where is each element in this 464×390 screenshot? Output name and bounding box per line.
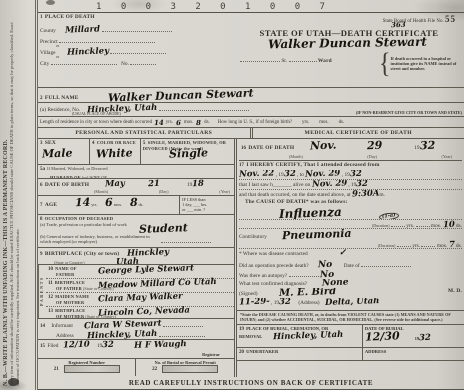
attended-to-year: 32	[350, 170, 362, 179]
dob-month-value: May	[104, 180, 124, 189]
race-value: White	[96, 147, 133, 159]
caption-day: (Day)	[367, 154, 377, 159]
birthplace-cell: 9 BIRTHPLACE (City or town) Hinckley (St…	[38, 248, 234, 264]
where-contracted-line: * Where was disease contracted ✓ if not …	[239, 249, 462, 260]
medical-column: 16 DATE OF DEATH Nov. 29 1932 (Month) (D…	[234, 139, 464, 377]
us-ds-unit: ds.	[339, 120, 345, 125]
autopsy-value: No	[320, 271, 335, 279]
field-number: 11	[48, 281, 53, 286]
field-undertaker: 20 UNDERTAKER	[237, 348, 362, 360]
parents-group: PARENTS 10 NAME OF FATHER George Lyle St…	[38, 265, 234, 319]
operation-date-label: Date of	[344, 263, 360, 269]
spouse-label-3: (or) WIFE OF	[82, 175, 107, 178]
duration-line-2: (Duration) yrs. mos. 7 ds.	[239, 240, 462, 249]
death-year-value: 32	[419, 140, 435, 152]
physician-signature: M. E. Bird	[279, 288, 336, 298]
field-occupation: 8 OCCUPATION OF DECEASED (a) Trade, prof…	[38, 215, 234, 248]
ds-unit: ds.	[204, 120, 210, 125]
burial-date-value: 12/30	[365, 330, 400, 342]
village-value: Hinckley	[67, 47, 109, 57]
race-label: COLOR OR RACE	[97, 140, 136, 145]
death-time-line: and that death occurred, on the date sta…	[239, 190, 462, 199]
field-undertaker-address: ADDRESS	[362, 348, 464, 360]
signed-label: (Signed)	[239, 291, 258, 297]
last-saw-label: that I last saw h_______ alive on	[239, 182, 310, 188]
street-blank	[240, 55, 280, 62]
ward-label: Ward	[318, 58, 332, 64]
medical-section-header: MEDICAL CERTIFICATE OF DEATH	[250, 128, 464, 138]
field-number: 21	[54, 367, 59, 372]
field-mother-maiden-name: 12 MAIDEN NAME OF MOTHER Clara May Walke…	[46, 293, 234, 307]
sex-label: SEX	[45, 140, 56, 146]
dob-day-value: 21	[148, 180, 160, 189]
caption-month: (Month)	[94, 189, 108, 194]
nonresident-note: (IF NON-RESIDENT GIVE CITY OR TOWN AND S…	[356, 110, 462, 115]
spouse-label-1: If Married, Widowed, or Divorced	[47, 166, 107, 171]
scan-artifact	[46, 0, 55, 5]
death-occurred-label: and that death occurred, on the date sta…	[239, 192, 351, 198]
where-contracted-mark: ✓	[339, 249, 346, 258]
meridiem-label: m.	[379, 192, 385, 198]
signature-year-prefix: , 19	[271, 300, 279, 306]
mother-bp-label-1: BIRTHPLACE	[55, 308, 85, 313]
cause-footnote: *State the DISEASE CAUSING DEATH, or, in…	[237, 310, 464, 324]
full-name-cell: 2 FULL NAME Walker Duncan Stewart	[38, 89, 256, 102]
caption-year: (Year)	[441, 154, 452, 159]
village-line: or Village Hinckley	[40, 47, 232, 58]
spouse-label-2: HUSBAND OF	[50, 175, 81, 178]
undertaker-label: UNDERTAKER	[246, 349, 278, 354]
cause-of-death-line: Influenza (1-a)	[239, 207, 462, 220]
where-contracted-label-1: * Where was disease contracted	[239, 251, 308, 257]
mos-unit: mos.	[114, 202, 122, 207]
dob-captions: (Month) (Day) (Year)	[94, 189, 230, 194]
cause-of-death-value: Influenza	[279, 207, 342, 220]
md-label: M. D.	[448, 288, 462, 294]
attended-from-date: Nov. 22	[239, 170, 274, 179]
burial-place-value: Hinckley, Utah	[273, 330, 343, 341]
ink-smudge	[8, 378, 19, 386]
precinct-blank	[59, 36, 155, 43]
signature-year: 32	[279, 298, 291, 307]
full-name-value: Walker Duncan Stewart	[108, 89, 254, 102]
field-number: 9	[40, 252, 43, 257]
left-margin-note: N. B.—WRITE PLAINLY WITH UNFADING INK—TH…	[0, 0, 38, 390]
field-burial-permit-number: No. of Burial or Removal Permit 22	[135, 359, 233, 376]
last-saw-date: Nov. 29	[311, 180, 347, 189]
filed-cell: 15 Filed 12/10 1932 H F Waugh Registrar	[38, 340, 234, 358]
test-label: What test confirmed diagnosis?	[239, 281, 307, 287]
serial-stamp-row: 1 0 0 3 2 0 1 0 0 7 1 0 0 3 2 0 1 0 0 7	[38, 0, 464, 13]
row-sex-race-marital: 3 SEX Male 4 COLOR OR RACE White 5 SINGL…	[38, 139, 234, 165]
field-length-of-residence: Length of residence in city or town wher…	[38, 117, 464, 128]
us-yrs-unit: yrs.	[302, 120, 309, 125]
street-label: St.	[281, 58, 287, 64]
mos-unit: mos.	[184, 120, 193, 125]
field-birthplace: 9 BIRTHPLACE (City or town) Hinckley (St…	[38, 248, 234, 265]
city-blank	[51, 58, 117, 65]
field-filed: 15 Filed 12/10 1932 H F Waugh Registrar	[38, 340, 234, 359]
dob-year-value: 18	[192, 180, 204, 189]
to-label: , to	[297, 172, 304, 178]
residence-cell: (a) Residence, No. Hinckley, Utah (USUAL…	[38, 103, 464, 116]
yrs-unit: yrs.	[91, 202, 97, 207]
ward-blank	[289, 55, 317, 62]
county-value: Millard	[65, 25, 100, 35]
spouse-blank	[108, 172, 168, 178]
mother-name-value: Clara May Walker	[98, 293, 183, 304]
precinct-line: Precinct	[40, 36, 232, 47]
birthplace-sub-label: (State or Country)	[54, 260, 84, 265]
field-spouse: 5a If Married, Widowed, or Divorced HUSB…	[38, 165, 234, 179]
occupation-c-blank	[83, 244, 193, 247]
father-bp-label-2: OF FATHER	[56, 286, 82, 291]
village-blank	[110, 47, 166, 54]
hospital-note: { If death occurred in a hospital or ins…	[379, 51, 463, 78]
certify-line-1: 17 I HEREBY CERTIFY, That I attended dec…	[239, 162, 462, 170]
field-number: 19	[239, 327, 244, 332]
age-label: AGE	[45, 202, 57, 208]
less-note-3: or ___ min. ?	[182, 207, 205, 212]
field-place-of-burial: 19 PLACE OF BURIAL, CREMATION, OR REMOVA…	[237, 325, 362, 347]
filed-year-value: 32	[102, 341, 114, 350]
certify-line-dates: Nov. 22 , 1932 , to Nov. 29 , 1932	[239, 170, 462, 180]
age-if-less-note: IF LESS than 1 day, ___ hrs. or ___ min.…	[179, 196, 234, 214]
duration-blank	[421, 240, 435, 247]
death-certificate-scan: N. B.—WRITE PLAINLY WITH UNFADING INK—TH…	[0, 0, 464, 390]
field-color-or-race: 4 COLOR OR RACE White	[89, 139, 140, 164]
father-label-1: NAME OF	[55, 266, 77, 271]
decedent-name-header-handwriting: Walker Duncan Stewart	[268, 36, 427, 51]
father-label-2: FATHER	[56, 272, 74, 277]
field-number: 10	[48, 267, 53, 272]
duration-2-days-value: 7	[448, 241, 454, 249]
age-months-value: 6	[105, 197, 113, 208]
mother-label-2: OF MOTHER	[56, 300, 84, 305]
undertaker-address-label: ADDRESS	[365, 349, 386, 354]
informant-blank	[163, 320, 203, 327]
registered-number-stamp-box	[64, 365, 120, 373]
occupation-cell: 8 OCCUPATION OF DECEASED (a) Trade, prof…	[38, 215, 234, 247]
residence-blank	[159, 104, 249, 111]
dob-cell: 6 DATE OF BIRTH May 21 1918 (Month) (Day…	[38, 179, 234, 195]
street-ward-line: St. Ward	[240, 55, 332, 64]
hospital-note-text: If death occurred in a hospital or insti…	[391, 57, 463, 72]
from-year-prefix: , 19	[276, 172, 284, 178]
field-number: 1	[40, 15, 43, 20]
city-line: or City No.	[40, 58, 232, 69]
death-day-value: 29	[367, 140, 383, 152]
field-number: 13	[48, 309, 53, 314]
row-burial: 19 PLACE OF BURIAL, CREMATION, OR REMOVA…	[237, 324, 464, 348]
last-saw-year: 32	[356, 180, 368, 189]
ds-unit: ds.	[139, 202, 144, 207]
certificate-form: 1 0 0 3 2 0 1 0 0 7 1 0 0 3 2 0 1 0 0 7 …	[38, 0, 464, 390]
birthplace-label: BIRTHPLACE (City or town)	[45, 251, 119, 257]
full-name-label: FULL NAME	[45, 95, 79, 101]
curly-brace: {	[379, 48, 391, 80]
contributory-value: Pneumonia	[282, 229, 352, 240]
caption-year: (Year)	[219, 189, 230, 194]
parents-rows: 10 NAME OF FATHER George Lyle Stewart 11…	[46, 265, 234, 318]
mother-label-1: MAIDEN NAME	[55, 294, 89, 299]
field-number: 5a	[40, 167, 45, 172]
informant-address-blank	[159, 330, 205, 337]
footer-instruction: READ CAREFULLY INSTRUCTIONS ON BACK OF C…	[38, 377, 464, 390]
filed-date-value: 12/10	[63, 341, 90, 350]
field-informant: 14 Informant Clara W Stewart Address Hin…	[38, 319, 234, 340]
serial-stamp: 1 0 0 3 2 0 1 0 0 7	[96, 2, 332, 12]
age-years-value: 14	[74, 197, 90, 209]
field-sex: 3 SEX Male	[38, 139, 89, 164]
mother-birthplace-value: Lincoln Co, Nevada	[98, 306, 190, 318]
field-certification: 17 I HEREBY CERTIFY, That I attended dec…	[239, 161, 462, 308]
header-right: State Board of Health File No. 55 363 ST…	[234, 13, 464, 87]
to-year-prefix: , 19	[342, 172, 350, 178]
death-time-value: 9:30A	[352, 190, 380, 199]
field-number: 4	[92, 141, 95, 146]
cause-of-death-label: The CAUSE OF DEATH* was as follows:	[245, 199, 348, 205]
test-line: What test confirmed diagnosis? None	[239, 279, 462, 288]
informant-address-label: Address	[56, 333, 74, 339]
field-full-name: 2 FULL NAME Walker Duncan Stewart	[38, 88, 464, 103]
field-place-of-death: 1 PLACE OF DEATH County Millard Precinct…	[38, 13, 234, 87]
registrar-label: Registrar	[202, 352, 220, 357]
informant-cell: 14 Informant Clara W Stewart Address Hin…	[38, 319, 234, 339]
age-cell: 7 AGE 14 yrs. 6 mos. 8 ds.	[38, 196, 179, 214]
file-number-line: State Board of Health File No. 55	[236, 14, 462, 24]
field-number: 15	[40, 344, 45, 349]
signature-date-line: 11-29- , 1932 (Address) Delta, Utah	[239, 298, 462, 308]
abode-note: (USUAL PLACE OF ABODE)	[72, 112, 121, 116]
us-mos-unit: mos.	[319, 120, 328, 125]
death-month-value: Nov.	[309, 140, 336, 152]
field-number: 2	[40, 96, 43, 101]
or-label-2: or	[56, 55, 59, 59]
test-value: None	[322, 279, 349, 288]
field-date-of-burial: DATE OF BURIAL 12/30 1932	[362, 325, 464, 347]
age-days-value: 8	[129, 197, 137, 208]
parents-vertical-label: PARENTS	[38, 265, 46, 318]
signed-line: (Signed) M. E. Bird M. D.	[239, 288, 462, 298]
cause-code: (1-a)	[379, 212, 399, 220]
county-blank	[102, 25, 172, 32]
informant-address-value: Hinckley, Utah	[87, 329, 157, 339]
duration-line-1: (Duration) yrs. mos. 10 ds.	[239, 220, 462, 229]
burial-permit-stamp-box	[162, 365, 218, 373]
house-no-blank	[130, 58, 156, 65]
autopsy-line: Was there an autopsy? No	[239, 270, 462, 279]
father-name-value: George Lyle Stewart	[98, 264, 194, 276]
yrs-unit: yrs.	[166, 120, 173, 125]
field-number: 17	[239, 163, 244, 168]
field-marital-status: 5 SINGLE, MARRIED, WIDOWED, OR DIVORCED …	[140, 139, 234, 164]
certify-text: I HEREBY CERTIFY, That I attended deceas…	[246, 162, 379, 168]
date-of-death-label: DATE OF DEATH	[248, 145, 294, 151]
field-number: 14	[40, 324, 45, 329]
operation-line: Did an operation precede death? No Date …	[239, 260, 462, 270]
field-registered-number: Registered Number 21	[38, 359, 135, 376]
field-residence: (a) Residence, No. Hinckley, Utah (USUAL…	[38, 103, 464, 117]
physician-address: Delta, Utah	[325, 298, 380, 307]
row-registered-number: Registered Number 21 No. of Burial or Re…	[38, 359, 234, 376]
occupation-value: Student	[139, 222, 188, 235]
us-length-label: How long in U. S., if of foreign birth?	[218, 120, 292, 125]
field-number: 16	[241, 146, 246, 151]
duration-blank	[391, 220, 405, 227]
marital-value: Single	[169, 147, 208, 159]
registrar-signature: H F Waugh	[133, 340, 186, 350]
burial-year-value: 32	[419, 333, 431, 342]
field-number: 7	[40, 203, 43, 208]
attended-from-year: 32	[284, 170, 296, 179]
city-label: City	[40, 61, 49, 67]
dod-captions: (Month) (Day) (Year)	[289, 154, 452, 159]
last-saw-alive-line: that I last saw h_______ alive on Nov. 2…	[239, 180, 462, 190]
length-mos-value: 6	[176, 118, 181, 125]
duration-1-days-value: 10	[442, 221, 454, 229]
attended-to-date: Nov. 29	[305, 170, 341, 179]
father-bp-label-1: BIRTHPLACE	[55, 280, 85, 285]
field-number: 3	[40, 141, 43, 146]
operation-date-blank	[361, 260, 411, 267]
file-number-handwritten: 363	[391, 21, 406, 29]
row-undertaker: 20 UNDERTAKER ADDRESS	[237, 348, 464, 361]
contributory-line: Contributory Pneumonia (Secondary)	[239, 229, 462, 240]
house-no-label: No.	[121, 61, 129, 67]
spouse-cell: 5a If Married, Widowed, or Divorced HUSB…	[38, 165, 170, 178]
duration-label: (Duration)	[372, 223, 390, 228]
caption-day: (Day)	[159, 189, 169, 194]
filed-label: Filed	[47, 343, 58, 349]
rotated-margin-text: N. B.—WRITE PLAINLY WITH UNFADING INK—TH…	[3, 6, 20, 386]
birthplace-state-value: Utah	[116, 257, 139, 264]
operation-label: Did an operation precede death?	[239, 263, 309, 269]
burial-label-2: REMOVAL	[239, 334, 262, 339]
village-label: Village	[40, 50, 56, 56]
occupation-a-label: (a) Trade, profession or particular kind…	[40, 222, 138, 227]
county-line: County Millard	[40, 25, 232, 36]
cause-of-death-label-line: The CAUSE OF DEATH* was as follows:	[239, 199, 462, 207]
section-headers: PERSONAL AND STATISTICAL PARTICULARS MED…	[38, 128, 464, 139]
header-section: 1 PLACE OF DEATH County Millard Precinct…	[38, 13, 464, 88]
dob-label: DATE OF BIRTH	[45, 182, 89, 188]
autopsy-blank	[289, 270, 319, 277]
field-label: PLACE OF DEATH	[45, 14, 95, 20]
field-number: 6	[40, 183, 43, 188]
field-age: 7 AGE 14 yrs. 6 mos. 8 ds. IF LESS than …	[38, 196, 234, 215]
duration-label: (Duration)	[378, 243, 396, 248]
length-ds-value: 8	[196, 118, 201, 125]
field-number: 22	[152, 367, 157, 372]
length-label: Length of residence in city or town wher…	[40, 120, 152, 125]
address-label: (Address)	[298, 300, 319, 306]
form-body: 3 SEX Male 4 COLOR OR RACE White 5 SINGL…	[38, 139, 464, 377]
field-number: 20	[239, 350, 244, 355]
occupation-label: OCCUPATION OF DECEASED	[45, 216, 114, 221]
duration-blank	[397, 240, 411, 247]
personal-section-header: PERSONAL AND STATISTICAL PARTICULARS	[38, 128, 250, 138]
field-date-of-death: 16 DATE OF DEATH Nov. 29 1932 (Month) (D…	[239, 139, 462, 161]
duration-blank	[416, 220, 430, 227]
operation-value: No	[318, 261, 333, 270]
father-birthplace-value: Meadow Millard Co Utah	[98, 278, 217, 291]
margin-note-body: Every item of information should be care…	[9, 6, 20, 386]
field-date-of-birth: 6 DATE OF BIRTH May 21 1918 (Month) (Day…	[38, 179, 234, 196]
occupation-b-blank	[161, 236, 211, 243]
caption-month: (Month)	[289, 154, 303, 159]
personal-column: 3 SEX Male 4 COLOR OR RACE White 5 SINGL…	[38, 139, 234, 377]
file-number-value: 55	[445, 14, 456, 24]
signature-date: 11-29-	[239, 298, 270, 307]
or-label: or	[56, 44, 59, 48]
length-yrs-value: 14	[154, 118, 164, 125]
county-label: County	[40, 28, 56, 34]
sex-value: Male	[42, 147, 73, 159]
death-year-prefix: 19	[414, 145, 419, 151]
field-number: 12	[48, 295, 53, 300]
field-father-birthplace: 11 BIRTHPLACE OF FATHER (State or Countr…	[46, 279, 234, 293]
informant-label: Informant	[51, 323, 73, 329]
place-of-death-title: 1 PLACE OF DEATH	[40, 14, 232, 25]
